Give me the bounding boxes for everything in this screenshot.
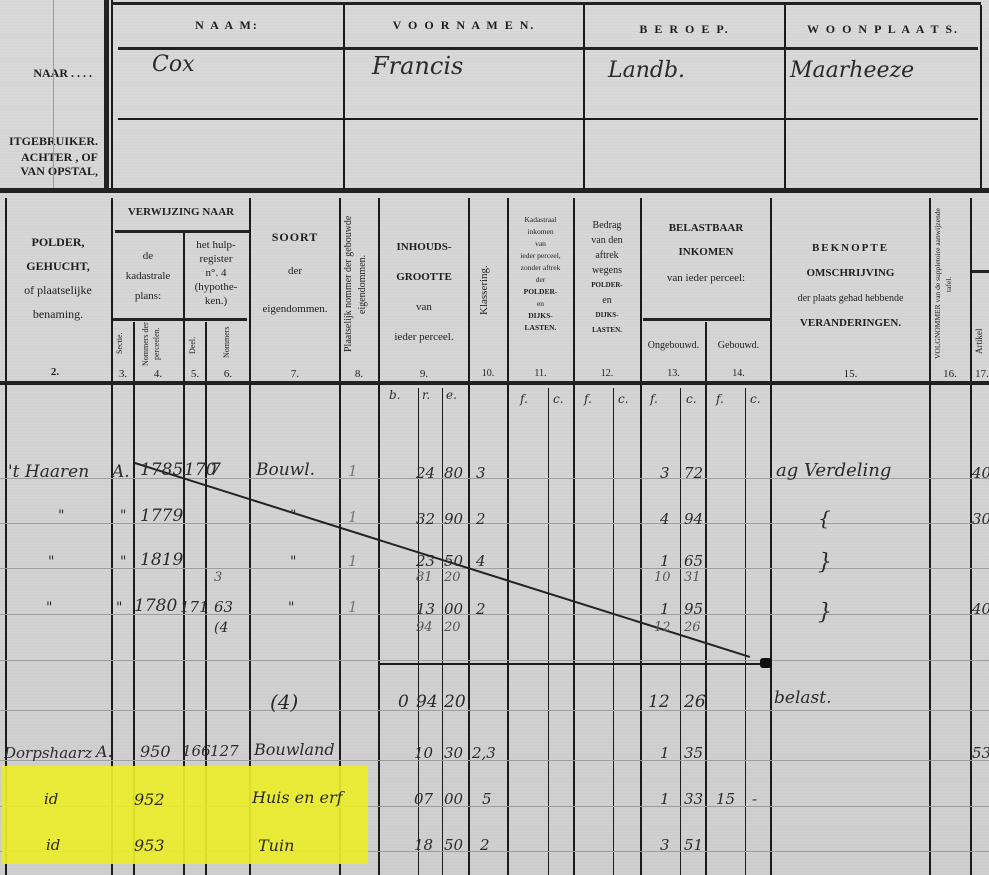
header-beknopte-omschrijving: BEKNOPTE OMSCHRIJVING der plaats gehad h… xyxy=(772,236,929,336)
header-beroep: B E R O E P. xyxy=(585,22,784,37)
register-page: NAAR . . . . ITGEBRUIKER. ACHTER , OF VA… xyxy=(0,0,989,875)
header-kadastraal-inkomen: Kadastraalinkomenvanieder perceel,zonder… xyxy=(508,214,573,334)
header-woonplaats: W O O N P L A A T S. xyxy=(786,22,980,37)
header-klassering: Klassering. xyxy=(478,250,490,330)
value-woonplaats: Maarheeze xyxy=(790,58,914,83)
header-voornamen: V O O R N A M E N. xyxy=(345,18,583,33)
header-soort: SOORT der eigendommen. xyxy=(251,230,339,315)
header-belastbaar-inkomen: BELASTBAAR INKOMEN van ieder perceel: xyxy=(642,220,770,288)
value-naam: Cox xyxy=(152,52,195,77)
header-naam: N A A M: xyxy=(111,18,343,33)
header-plaatselijk-nommer: Plaatselijk nommer der gebouwde eigendom… xyxy=(342,204,376,364)
brace-mark: } xyxy=(818,600,832,625)
header-volgnommer: VOLGNOMMER van de suppletoire aanwijzend… xyxy=(932,206,968,362)
header-polder: POLDER, GEHUCHT, of plaatselijke benamin… xyxy=(8,230,108,326)
strike-end-mark xyxy=(760,658,772,668)
header-hulpregister: het hulp- register n°. 4 (hypothe- ken.) xyxy=(184,238,248,308)
value-beroep: Landb. xyxy=(608,58,685,83)
brace-mark: } xyxy=(818,550,832,575)
header-verwijzing: VERWIJZING NAAR xyxy=(113,206,249,218)
owner-label-3: ACHTER , OF xyxy=(0,150,98,165)
header-kadastrale: de kadastrale plans: xyxy=(113,246,183,306)
brace-mark: { xyxy=(818,506,831,530)
value-voornamen: Francis xyxy=(372,52,463,80)
owner-label-4: VAN OPSTAL, xyxy=(0,164,98,179)
header-inhoudsgrootte: INHOUDS- GROOTTE van ieder perceel. xyxy=(380,232,468,352)
header-bedrag-aftrek: Bedragvan denaftrekwegensPOLDER-enDIJKS-… xyxy=(574,218,640,338)
owner-label-1: NAAR . . . . xyxy=(0,66,92,81)
owner-label-2: ITGEBRUIKER. xyxy=(0,134,98,149)
